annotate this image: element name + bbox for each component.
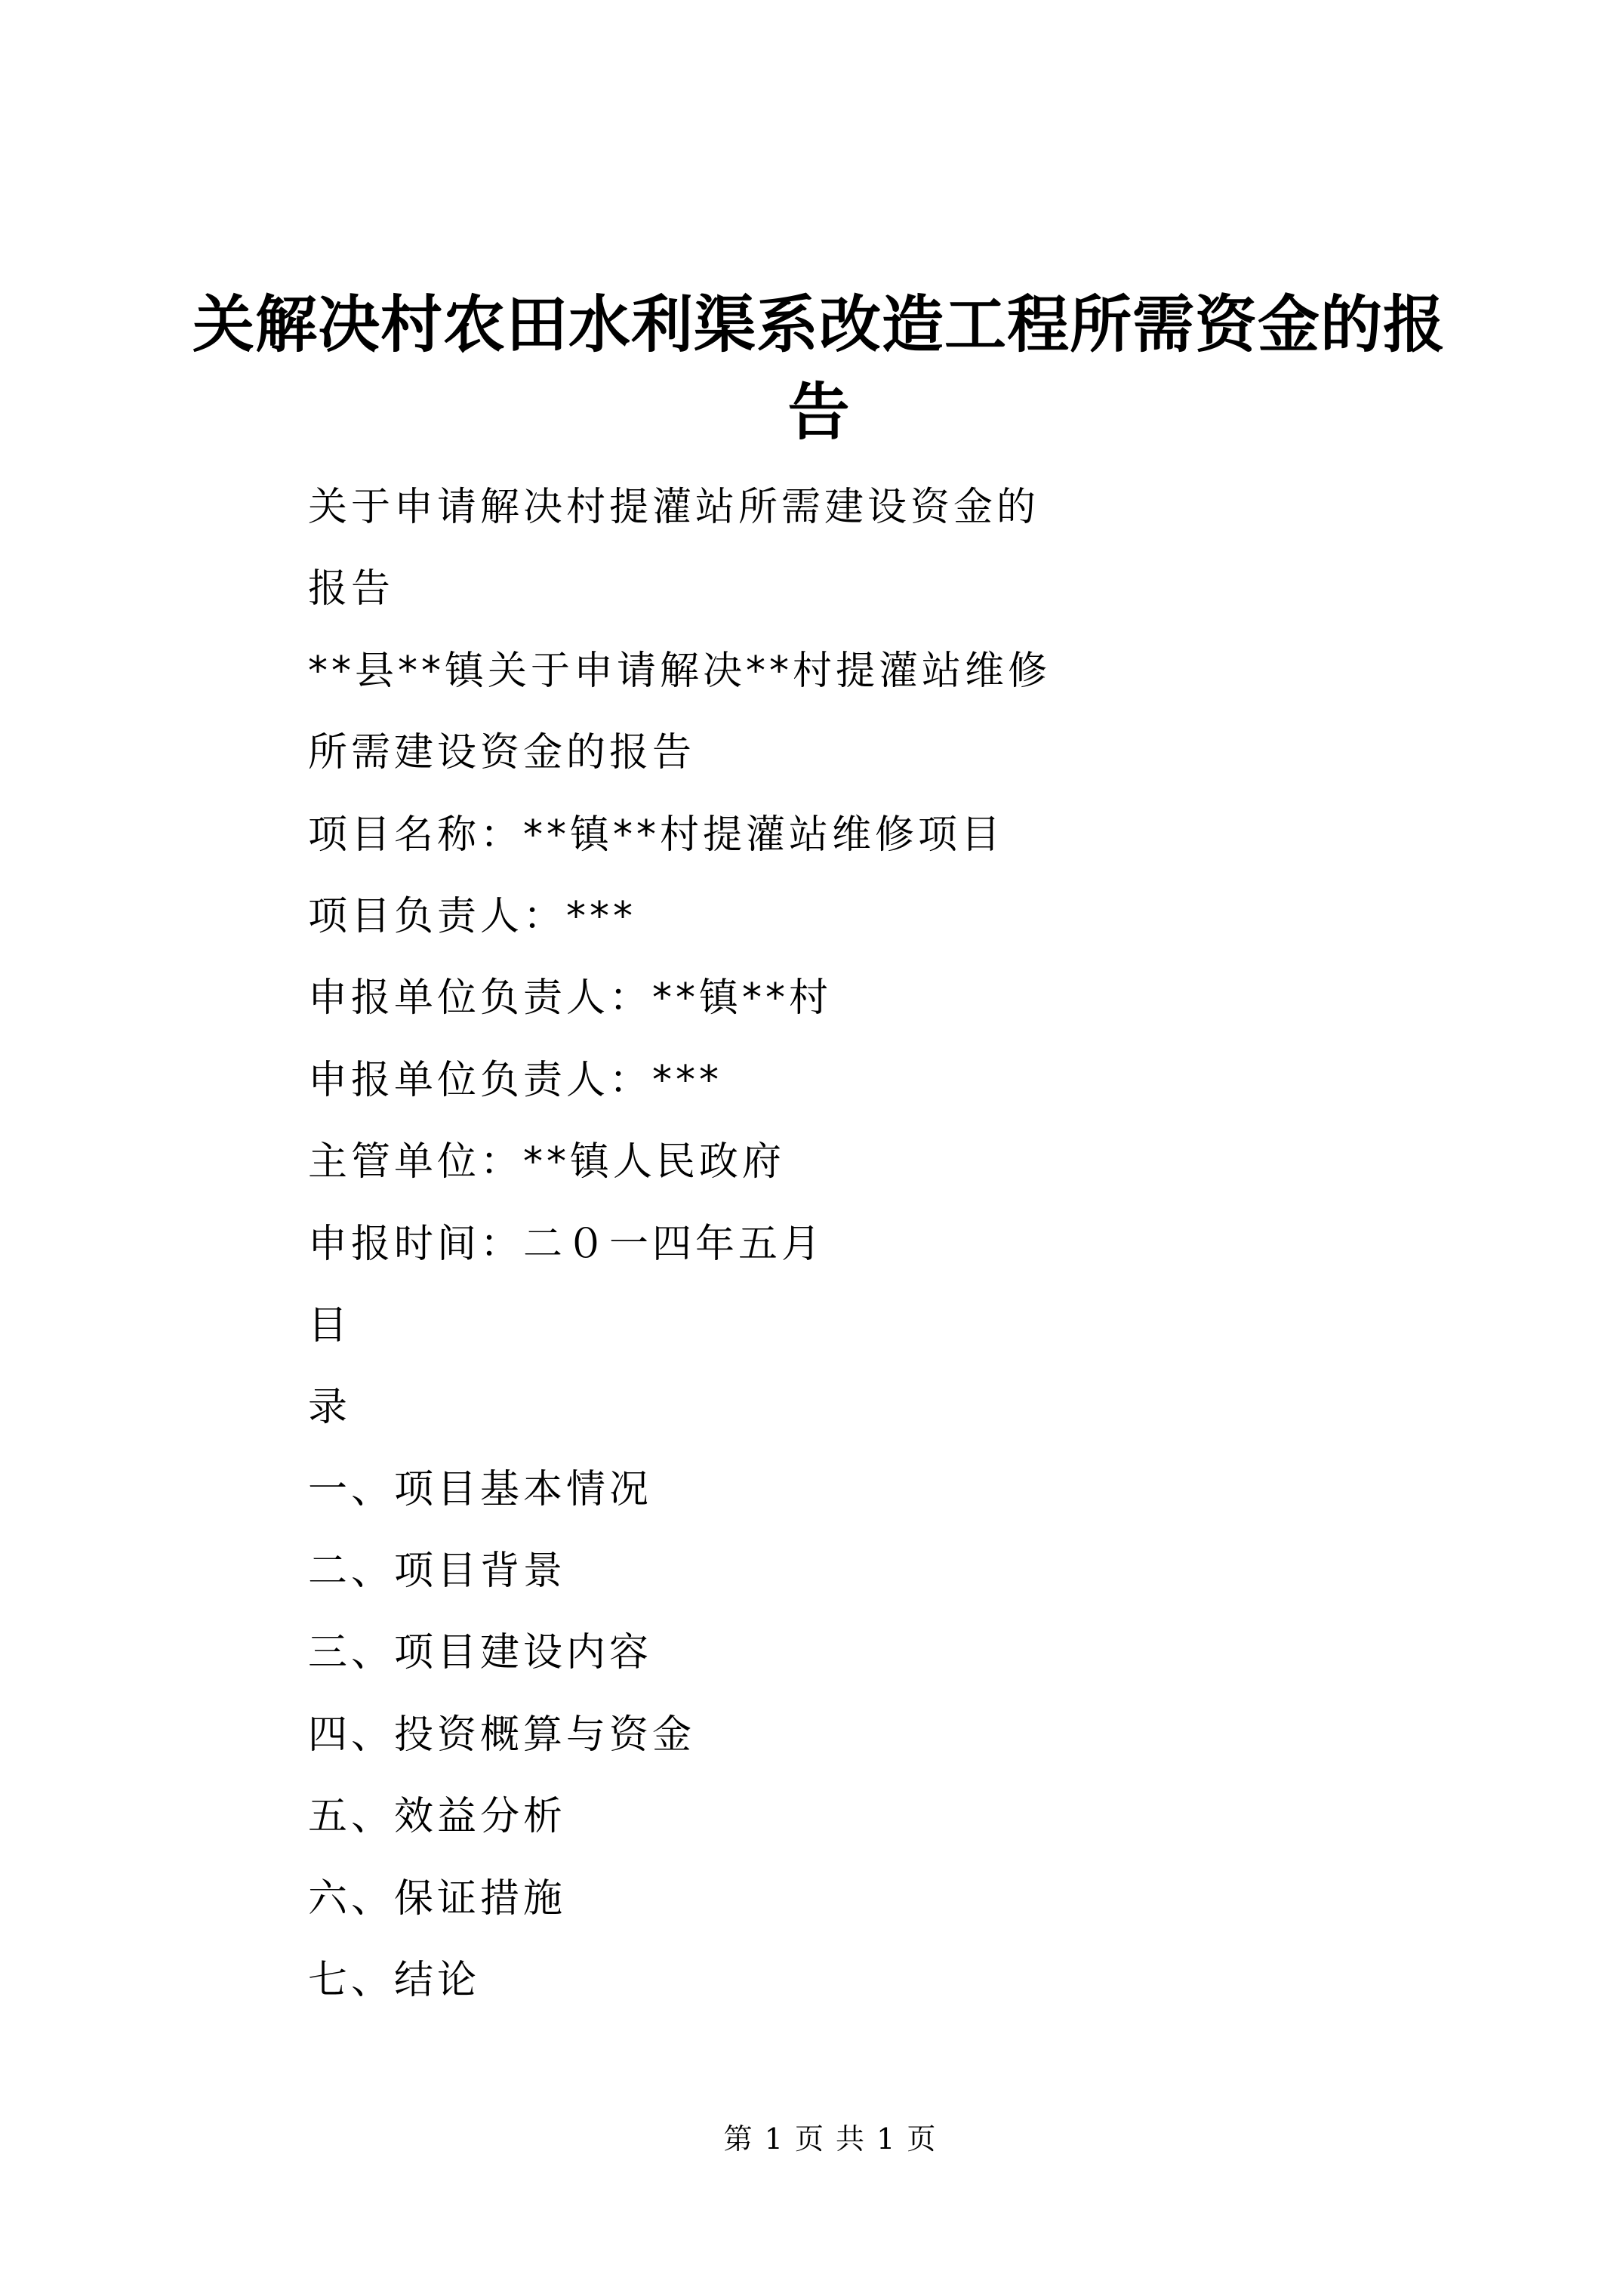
document-page: 关解决村农田水利渠系改造工程所需资金的报告 关于申请解决村提灌站所需建设资金的 … [0,0,1623,2296]
toc-heading-part-2: 录 [308,1367,1365,1448]
report-subtitle-line-2: 报告 [308,548,1365,630]
document-title: 关解决村农田水利渠系改造工程所需资金的报告 [189,281,1449,456]
project-lead-field: 项目负责人：*** [308,876,1365,957]
toc-item-4: 四、投资概算与资金 [308,1694,1365,1776]
page-number-footer: 第 1 页 共 1 页 [0,2119,1623,2159]
project-name-field: 项目名称：**镇**村提灌站维修项目 [308,794,1365,876]
application-date-field: 申报时间：二０一四年五月 [308,1203,1365,1285]
document-body: 关于申请解决村提灌站所需建设资金的 报告 **县**镇关于申请解决**村提灌站维… [308,467,1365,2021]
applicant-unit-field: 申报单位负责人：**镇**村 [308,957,1365,1039]
report-heading-line-2: 所需建设资金的报告 [308,712,1365,794]
toc-heading-part-1: 目 [308,1285,1365,1367]
report-subtitle-line-1: 关于申请解决村提灌站所需建设资金的 [308,467,1365,548]
toc-item-7: 七、结论 [308,1940,1365,2021]
toc-item-6: 六、保证措施 [308,1858,1365,1940]
applicant-lead-field: 申报单位负责人：*** [308,1040,1365,1121]
toc-item-1: 一、项目基本情况 [308,1449,1365,1530]
toc-item-3: 三、项目建设内容 [308,1612,1365,1693]
toc-item-5: 五、效益分析 [308,1776,1365,1857]
report-heading-line-1: **县**镇关于申请解决**村提灌站维修 [308,630,1365,712]
toc-item-2: 二、项目背景 [308,1530,1365,1612]
supervising-unit-field: 主管单位：**镇人民政府 [308,1121,1365,1203]
